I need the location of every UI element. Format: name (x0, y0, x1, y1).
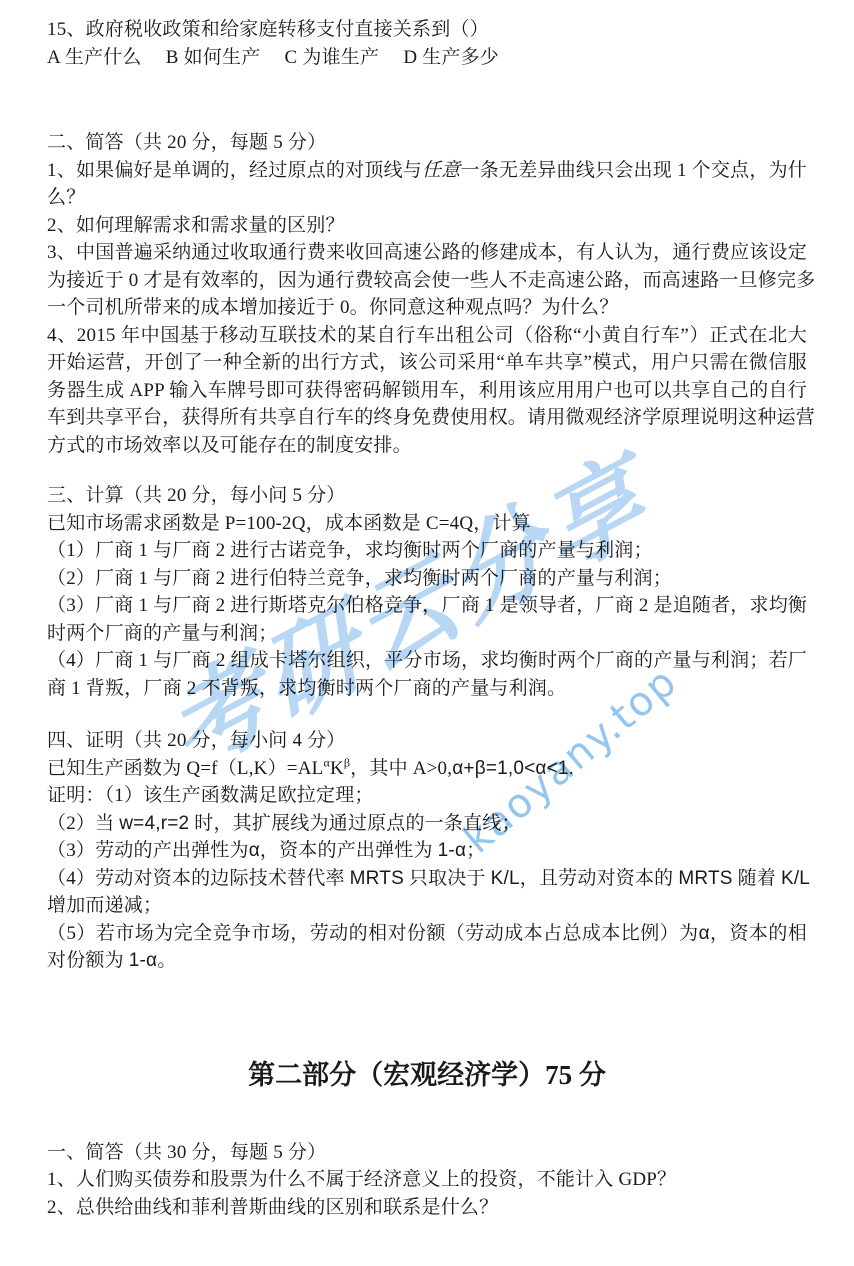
question-15-text: 15、政府税收政策和给家庭转移支付直接关系到（） (47, 16, 807, 44)
proof-p4-mrts2: MRTS (678, 868, 732, 889)
proof-p2-pre: （2）当 (47, 813, 119, 834)
proof-p5-line2: 对份额为 1-α。 (47, 947, 807, 975)
proof-p4-line2: 增加而递减； (47, 892, 807, 920)
exam-content: 15、政府税收政策和给家庭转移支付直接关系到（） A 生产什么 B 如何生产 C… (0, 0, 854, 1221)
section-3-heading: 三、计算（共 20 分，每小问 5 分） (47, 482, 807, 510)
proof-p4-pre: （4）劳动对资本的边际技术替代率 (47, 868, 350, 889)
calc-q2: （2）厂商 1 与厂商 2 进行伯特兰竞争，求均衡时两个厂商的产量与利润； (47, 565, 807, 593)
proof-p3-end: ； (466, 840, 485, 861)
spacer (47, 975, 807, 1055)
proof-p3-one-minus-alpha: 1-α (438, 840, 466, 861)
part-2-title: 第二部分（宏观经济学）75 分 (47, 1055, 807, 1095)
spacer (47, 459, 807, 482)
calc-q3-line2: 时两个厂商的产量与利润； (47, 620, 807, 648)
proof-p5-end: ，资本的相 (710, 923, 807, 944)
part2-section-1-heading: 一、简答（共 30 分，每题 5 分） (47, 1139, 807, 1167)
proof-p4-mid1: 只取决于 (404, 868, 491, 889)
proof-p5-pre: （5）若市场为完全竞争市场，劳动的相对份额（劳动成本占总成本比例）为 (47, 923, 699, 944)
proof-p5b-one-minus-alpha: 1-α (129, 950, 157, 971)
section-4-heading: 四、证明（共 20 分，每小问 4 分） (47, 727, 807, 755)
sa2-q1: 1、人们购买债券和股票为什么不属于经济意义上的投资，不能计入 GDP？ (47, 1166, 807, 1194)
sa1-q2: 2、如何理解需求和需求量的区别？ (47, 212, 807, 240)
sa1-q1-line2: 么？ (47, 184, 807, 212)
sa1-q4-line2: 开始运营，开创了一种全新的出行方式，该公司采用“单车共享”模式，用户只需在微信服 (47, 349, 807, 377)
calc-intro: 已知市场需求函数是 P=100-2Q，成本函数是 C=4Q，计算 (47, 510, 807, 538)
spacer (47, 71, 807, 129)
sa2-q2: 2、总供给曲线和菲利普斯曲线的区别和联系是什么？ (47, 1194, 807, 1222)
proof-p2: （2）当 w=4,r=2 时，其扩展线为通过原点的一条直线； (47, 810, 807, 838)
sa1-q1-line1: 1、如果偏好是单调的，经过原点的对顶线与任意一条无差异曲线只会出现 1 个交点，… (47, 157, 807, 185)
proof-p4-mid3: 随着 (733, 868, 781, 889)
sa1-q4-line4: 车到共享平台，获得所有共享自行车的终身免费使用权。请用微观经济学原理说明这种运营 (47, 404, 807, 432)
sa1-q1-pre: 1、如果偏好是单调的，经过原点的对顶线与 (47, 160, 422, 181)
section-2-heading: 二、简答（共 20 分，每题 5 分） (47, 129, 807, 157)
proof-p4-kl1: K/L (491, 868, 520, 889)
proof-p1: 证明：（1）该生产函数满足欧拉定理； (47, 782, 807, 810)
proof-p4-line1: （4）劳动对资本的边际技术替代率 MRTS 只取决于 K/L，且劳动对资本的 M… (47, 865, 807, 893)
sa1-q4-line1: 4、2015 年中国基于移动互联技术的某自行车出租公司（俗称“小黄自行车”）正式… (47, 322, 807, 350)
proof-p3-alpha: α (249, 840, 260, 861)
proof-p5b-period: 。 (157, 950, 176, 971)
question-15-options: A 生产什么 B 如何生产 C 为谁生产 D 生产多少 (47, 44, 807, 72)
proof-given-condition: α+β=1,0<α<1. (452, 758, 574, 779)
proof-p5-line1: （5）若市场为完全竞争市场，劳动的相对份额（劳动成本占总成本比例）为α，资本的相 (47, 920, 807, 948)
spacer (47, 702, 807, 727)
calc-q1: （1）厂商 1 与厂商 2 进行古诺竞争，求均衡时两个厂商的产量与利润； (47, 537, 807, 565)
proof-p3-mid: ，资本的产出弹性为 (260, 840, 438, 861)
sa1-q1-post: 一条无差异曲线只会出现 1 个交点，为什 (461, 160, 807, 181)
proof-given-text: 已知生产函数为 Q=f（L,K）=AL (47, 758, 323, 779)
proof-p4-mid2: ，且劳动对资本的 (520, 868, 679, 889)
calc-q4-line2: 商 1 背叛，厂商 2 不背叛，求均衡时两个厂商的产量与利润。 (47, 675, 807, 703)
exam-page: 15、政府税收政策和给家庭转移支付直接关系到（） A 生产什么 B 如何生产 C… (0, 0, 854, 1266)
sa1-q4-line5: 方式的市场效率以及可能存在的制度安排。 (47, 432, 807, 460)
sa1-q4-line3: 务器生成 APP 输入车牌号即可获得密码解锁用车，利用该应用用户也可以共享自己的… (47, 377, 807, 405)
spacer (47, 1095, 807, 1139)
proof-p3: （3）劳动的产出弹性为α，资本的产出弹性为 1-α； (47, 837, 807, 865)
sa1-q3-line2: 为接近于 0 才是有效率的，因为通行费较高会使一些人不走高速公路，而高速路一旦修… (47, 267, 807, 295)
calc-q3-line1: （3）厂商 1 与厂商 2 进行斯塔克尔伯格竞争，厂商 1 是领导者，厂商 2 … (47, 592, 807, 620)
proof-given-line: 已知生产函数为 Q=f（L,K）=ALαKβ，其中 A>0,α+β=1,0<α<… (47, 755, 807, 783)
sa1-q3-line3: 一个司机所带来的成本增加接近于 0。你同意这种观点吗？为什么？ (47, 294, 807, 322)
sa1-q1-emphasis: 任意 (422, 160, 460, 181)
proof-p5-alpha: α (699, 923, 710, 944)
proof-p4-kl2: K/L (781, 868, 810, 889)
calc-q4-line1: （4）厂商 1 与厂商 2 组成卡塔尔组织，平分市场，求均衡时两个厂商的产量与利… (47, 647, 807, 675)
proof-p2-post: 时，其扩展线为通过原点的一条直线； (189, 813, 520, 834)
proof-p2-formula: w=4,r=2 (119, 813, 189, 834)
proof-given-k: K (330, 758, 344, 779)
proof-given-mid: ，其中 A>0, (350, 758, 452, 779)
sa1-q3-line1: 3、中国普遍采纳通过收取通行费来收回高速公路的修建成本，有人认为，通行费应该设定 (47, 239, 807, 267)
proof-p3-pre: （3）劳动的产出弹性为 (47, 840, 249, 861)
proof-p5b-pre: 对份额为 (47, 950, 129, 971)
proof-p4-mrts1: MRTS (350, 868, 404, 889)
